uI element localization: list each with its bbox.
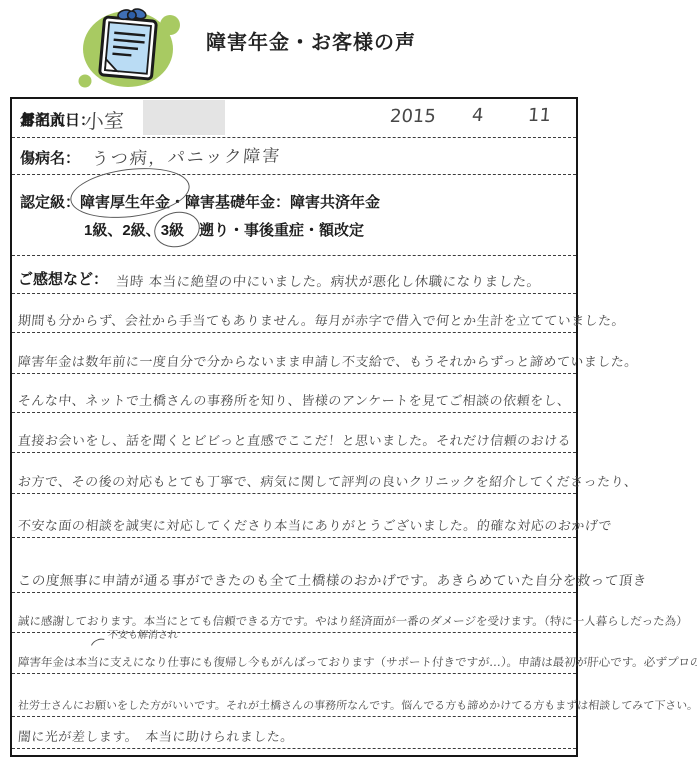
insertion-note: 不安も解消され [107, 626, 178, 641]
comments-line: 不安も解消され 障害年金は本当に支えになり仕事にも復帰し今もがんばっております（… [12, 633, 576, 674]
page-title: 障害年金・お客様の声 [206, 26, 416, 55]
handwritten-text: 期間も分からず、会社から手当てもありません。毎月が赤字で借入で何とか生計を立てて… [17, 310, 626, 329]
handwritten-text: 不安な面の相談を誠実に対応してくださり本当にありがとうございました。的確な対応の… [17, 515, 613, 534]
handwritten-text: 闇に光が差します。 本当に助けられました。 [17, 726, 295, 745]
name-date-row: お名前： 小室 ご記入日： 2015 年 4 月 11 日 [12, 99, 576, 138]
comments-line: この度無事に申請が通る事ができたのも全て土橋様のおかげです。あきらめていた自分を… [12, 538, 576, 593]
comments-line: 直接お会いをし、話を聞くとビビっと直感でここだ！と思いました。それだけ信頼のおけ… [12, 413, 576, 453]
grade-line2-rest: 遡り・事後重症・額改定 [184, 222, 364, 239]
comments-line: そんな中、ネットで土橋さんの事務所を知り、皆様のアンケートを見てご相談の依頼をし… [12, 374, 576, 413]
handwritten-text: 直接お会いをし、話を聞くとビビっと直感でここだ！と思いました。それだけ信頼のおけ… [17, 430, 572, 449]
grade-line2: 1級、2級、3級 遡り・事後重症・額改定 [84, 219, 364, 240]
grade-row: 認定級：障害厚生年金・障害基礎年金：障害共済年金 1級、2級、3級 遡り・事後重… [12, 175, 576, 256]
comments-line: 誠に感謝しております。本当にとても信頼できる方です。やはり経済面が一番のダメージ… [12, 593, 576, 633]
notepad-logo-icon [76, 4, 186, 92]
date-year-value: 2015 [389, 106, 437, 127]
handwritten-text: 社労士さんにお願いをした方がいいです。それが土橋さんの事務所なんです。悩んでる方… [17, 697, 697, 713]
date-day-unit: 日 [20, 109, 35, 130]
grade-line1: 認定級：障害厚生年金・障害基礎年金：障害共済年金 [20, 191, 380, 212]
grade-line2-pre: 1級、2級、 [84, 222, 161, 239]
comments-empty-space [12, 749, 576, 755]
comments-line: お方で、その後の対応もとても丁寧で、病気に関して評判の良いクリニックを紹介してく… [12, 453, 576, 494]
disease-row: 傷病名： うつ病，パニック障害 [12, 138, 576, 175]
date-month-value: 4 [471, 105, 484, 126]
handwritten-text: この度無事に申請が通る事ができたのも全て土橋様のおかげです。あきらめていた自分を… [17, 569, 648, 589]
handwritten-text: 当時 本当に絶望の中にいました。病状が悪化し休職になりました。 [115, 270, 542, 290]
disease-label: 傷病名： [20, 147, 80, 168]
date-day-value: 11 [527, 105, 552, 126]
handwritten-text: 障害年金は本当に支えになり仕事にも復帰し今もがんばっております（サポート付きです… [17, 654, 697, 670]
grade-circled-grade3: 3級 [161, 219, 184, 240]
comments-line: 不安な面の相談を誠実に対応してくださり本当にありがとうございました。的確な対応の… [12, 494, 576, 538]
name-redaction-box [143, 100, 225, 135]
handwritten-text: 障害年金は数年前に一度自分で分からないまま申請し不支給で、もうそれからずっと諦め… [17, 351, 639, 370]
grade-label: 認定級： [20, 194, 80, 211]
comments-line: 社労士さんにお願いをした方がいいです。それが土橋さんの事務所なんです。悩んでる方… [12, 674, 576, 717]
grade-line1-rest: ・障害基礎年金：障害共済年金 [170, 194, 380, 211]
comments-line: 障害年金は数年前に一度自分で分からないまま申請し不支給で、もうそれからずっと諦め… [12, 333, 576, 374]
grade-circled-kosei: 障害厚生年金 [80, 191, 170, 212]
comments-line: ご感想など： 当時 本当に絶望の中にいました。病状が悪化し休職になりました。 [12, 256, 576, 294]
comments-line: 期間も分からず、会社から手当てもありません。毎月が赤字で借入で何とか生計を立てて… [12, 294, 576, 333]
handwritten-text: お方で、その後の対応もとても丁寧で、病気に関して評判の良いクリニックを紹介してく… [17, 471, 638, 490]
comments-line: 闇に光が差します。 本当に助けられました。 [12, 717, 576, 749]
disease-value: うつ病，パニック障害 [91, 141, 283, 169]
feedback-form: お名前： 小室 ご記入日： 2015 年 4 月 11 日 傷病名： うつ病，パ… [10, 97, 578, 757]
handwritten-text: そんな中、ネットで土橋さんの事務所を知り、皆様のアンケートを見てご相談の依頼をし… [17, 390, 571, 409]
comments-label: ご感想など： [18, 268, 108, 290]
